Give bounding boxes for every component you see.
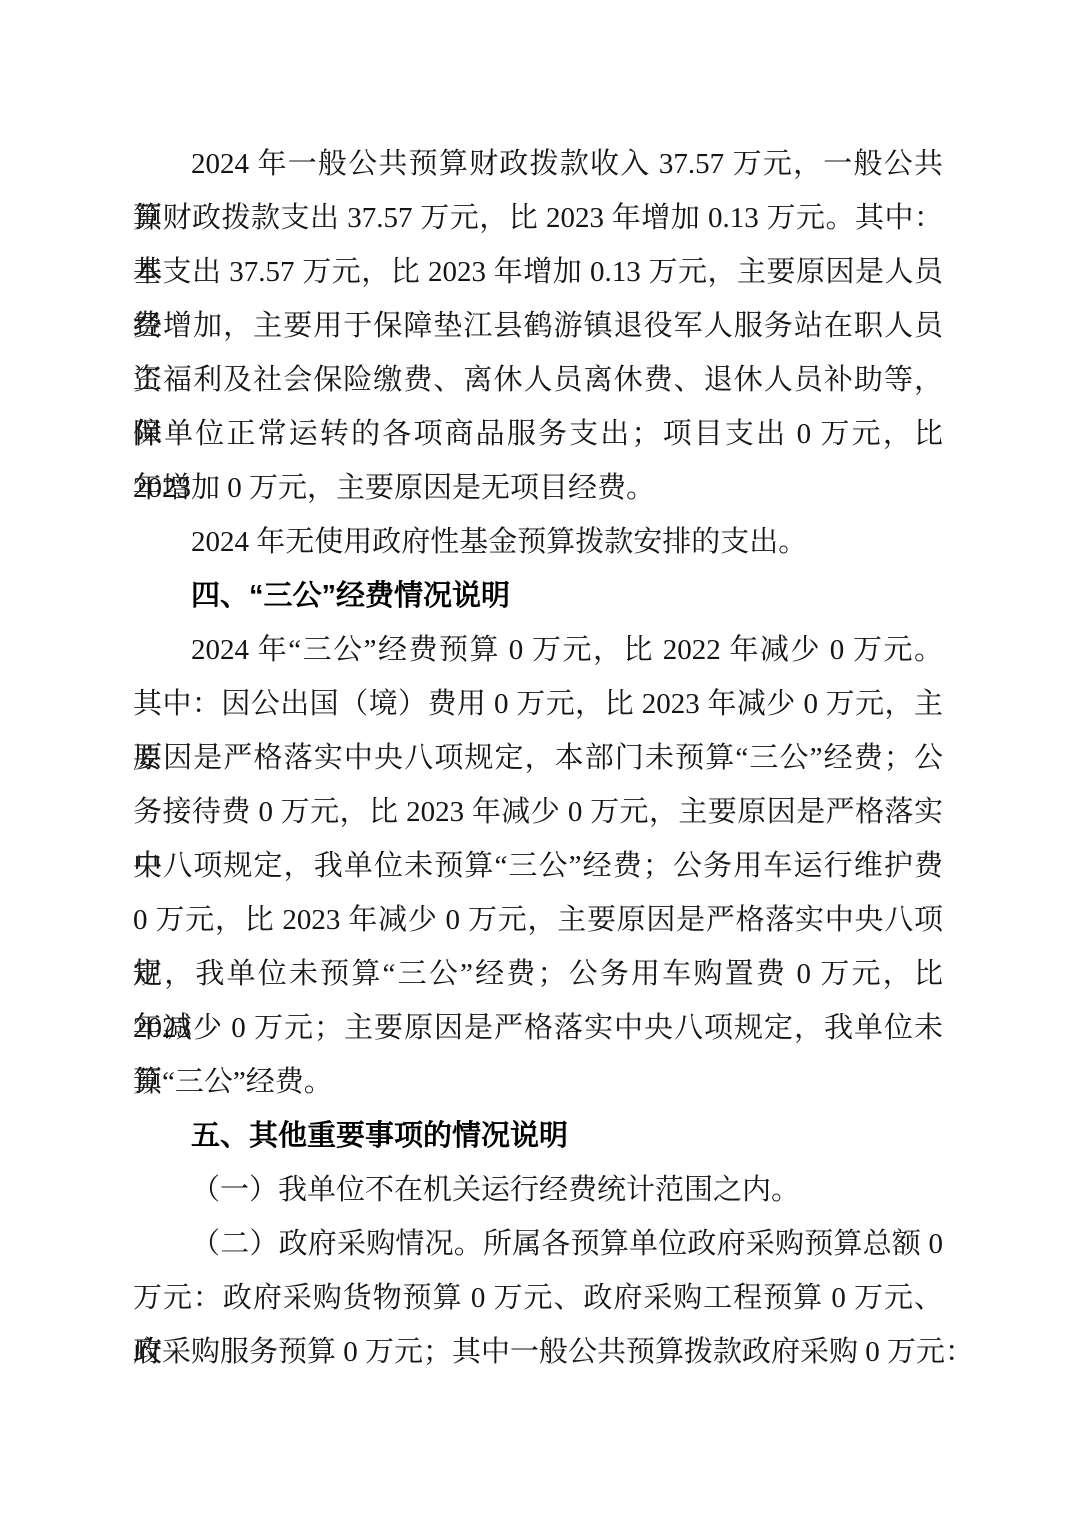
page-content: 2024 年一般公共预算财政拨款收入 37.57 万元，一般公共预算财政拨款支出… — [133, 137, 943, 1379]
paragraph-line: 2024 年无使用政府性基金预算拨款安排的支出。 — [133, 515, 943, 569]
section-heading: 五、其他重要事项的情况说明 — [133, 1109, 943, 1163]
paragraph-line: 定，我单位未预算“三公”经费；公务用车购置费 0 万元，比 2023 — [133, 947, 943, 1001]
paragraph-line: 务接待费 0 万元，比 2023 年减少 0 万元，主要原因是严格落实中 — [133, 785, 943, 839]
paragraph-line: 其中：因公出国（境）费用 0 万元，比 2023 年减少 0 万元，主要 — [133, 677, 943, 731]
paragraph-line: 年增加 0 万元，主要原因是无项目经费。 — [133, 461, 943, 515]
paragraph-line: 年减少 0 万元；主要原因是严格落实中央八项规定，我单位未预 — [133, 1001, 943, 1055]
paragraph-line: 费增加，主要用于保障垫江县鹤游镇退役军人服务站在职人员工 — [133, 299, 943, 353]
paragraph-line: （二）政府采购情况。所属各预算单位政府采购预算总额 0 — [133, 1217, 943, 1271]
paragraph-line: 本支出 37.57 万元，比 2023 年增加 0.13 万元，主要原因是人员经 — [133, 245, 943, 299]
paragraph-line: 算财政拨款支出 37.57 万元，比 2023 年增加 0.13 万元。其中：基 — [133, 191, 943, 245]
document-page: 2024 年一般公共预算财政拨款收入 37.57 万元，一般公共预算财政拨款支出… — [0, 0, 1074, 1520]
paragraph-line: （一）我单位不在机关运行经费统计范围之内。 — [133, 1163, 943, 1217]
paragraph-line: 障单位正常运转的各项商品服务支出；项目支出 0 万元，比 2023 — [133, 407, 943, 461]
paragraph-line: 2024 年一般公共预算财政拨款收入 37.57 万元，一般公共预 — [133, 137, 943, 191]
paragraph-line: 资福利及社会保险缴费、离休人员离休费、退休人员补助等，保 — [133, 353, 943, 407]
paragraph-line: 算“三公”经费。 — [133, 1055, 943, 1109]
paragraph-line: 原因是严格落实中央八项规定，本部门未预算“三公”经费；公 — [133, 731, 943, 785]
paragraph-line: 府采购服务预算 0 万元；其中一般公共预算拨款政府采购 0 万元： — [133, 1325, 943, 1379]
paragraph-line: 万元：政府采购货物预算 0 万元、政府采购工程预算 0 万元、政 — [133, 1271, 943, 1325]
paragraph-line: 央八项规定，我单位未预算“三公”经费；公务用车运行维护费 — [133, 839, 943, 893]
paragraph-line: 0 万元，比 2023 年减少 0 万元，主要原因是严格落实中央八项规 — [133, 893, 943, 947]
paragraph-line: 2024 年“三公”经费预算 0 万元，比 2022 年减少 0 万元。 — [133, 623, 943, 677]
section-heading: 四、“三公”经费情况说明 — [133, 569, 943, 623]
